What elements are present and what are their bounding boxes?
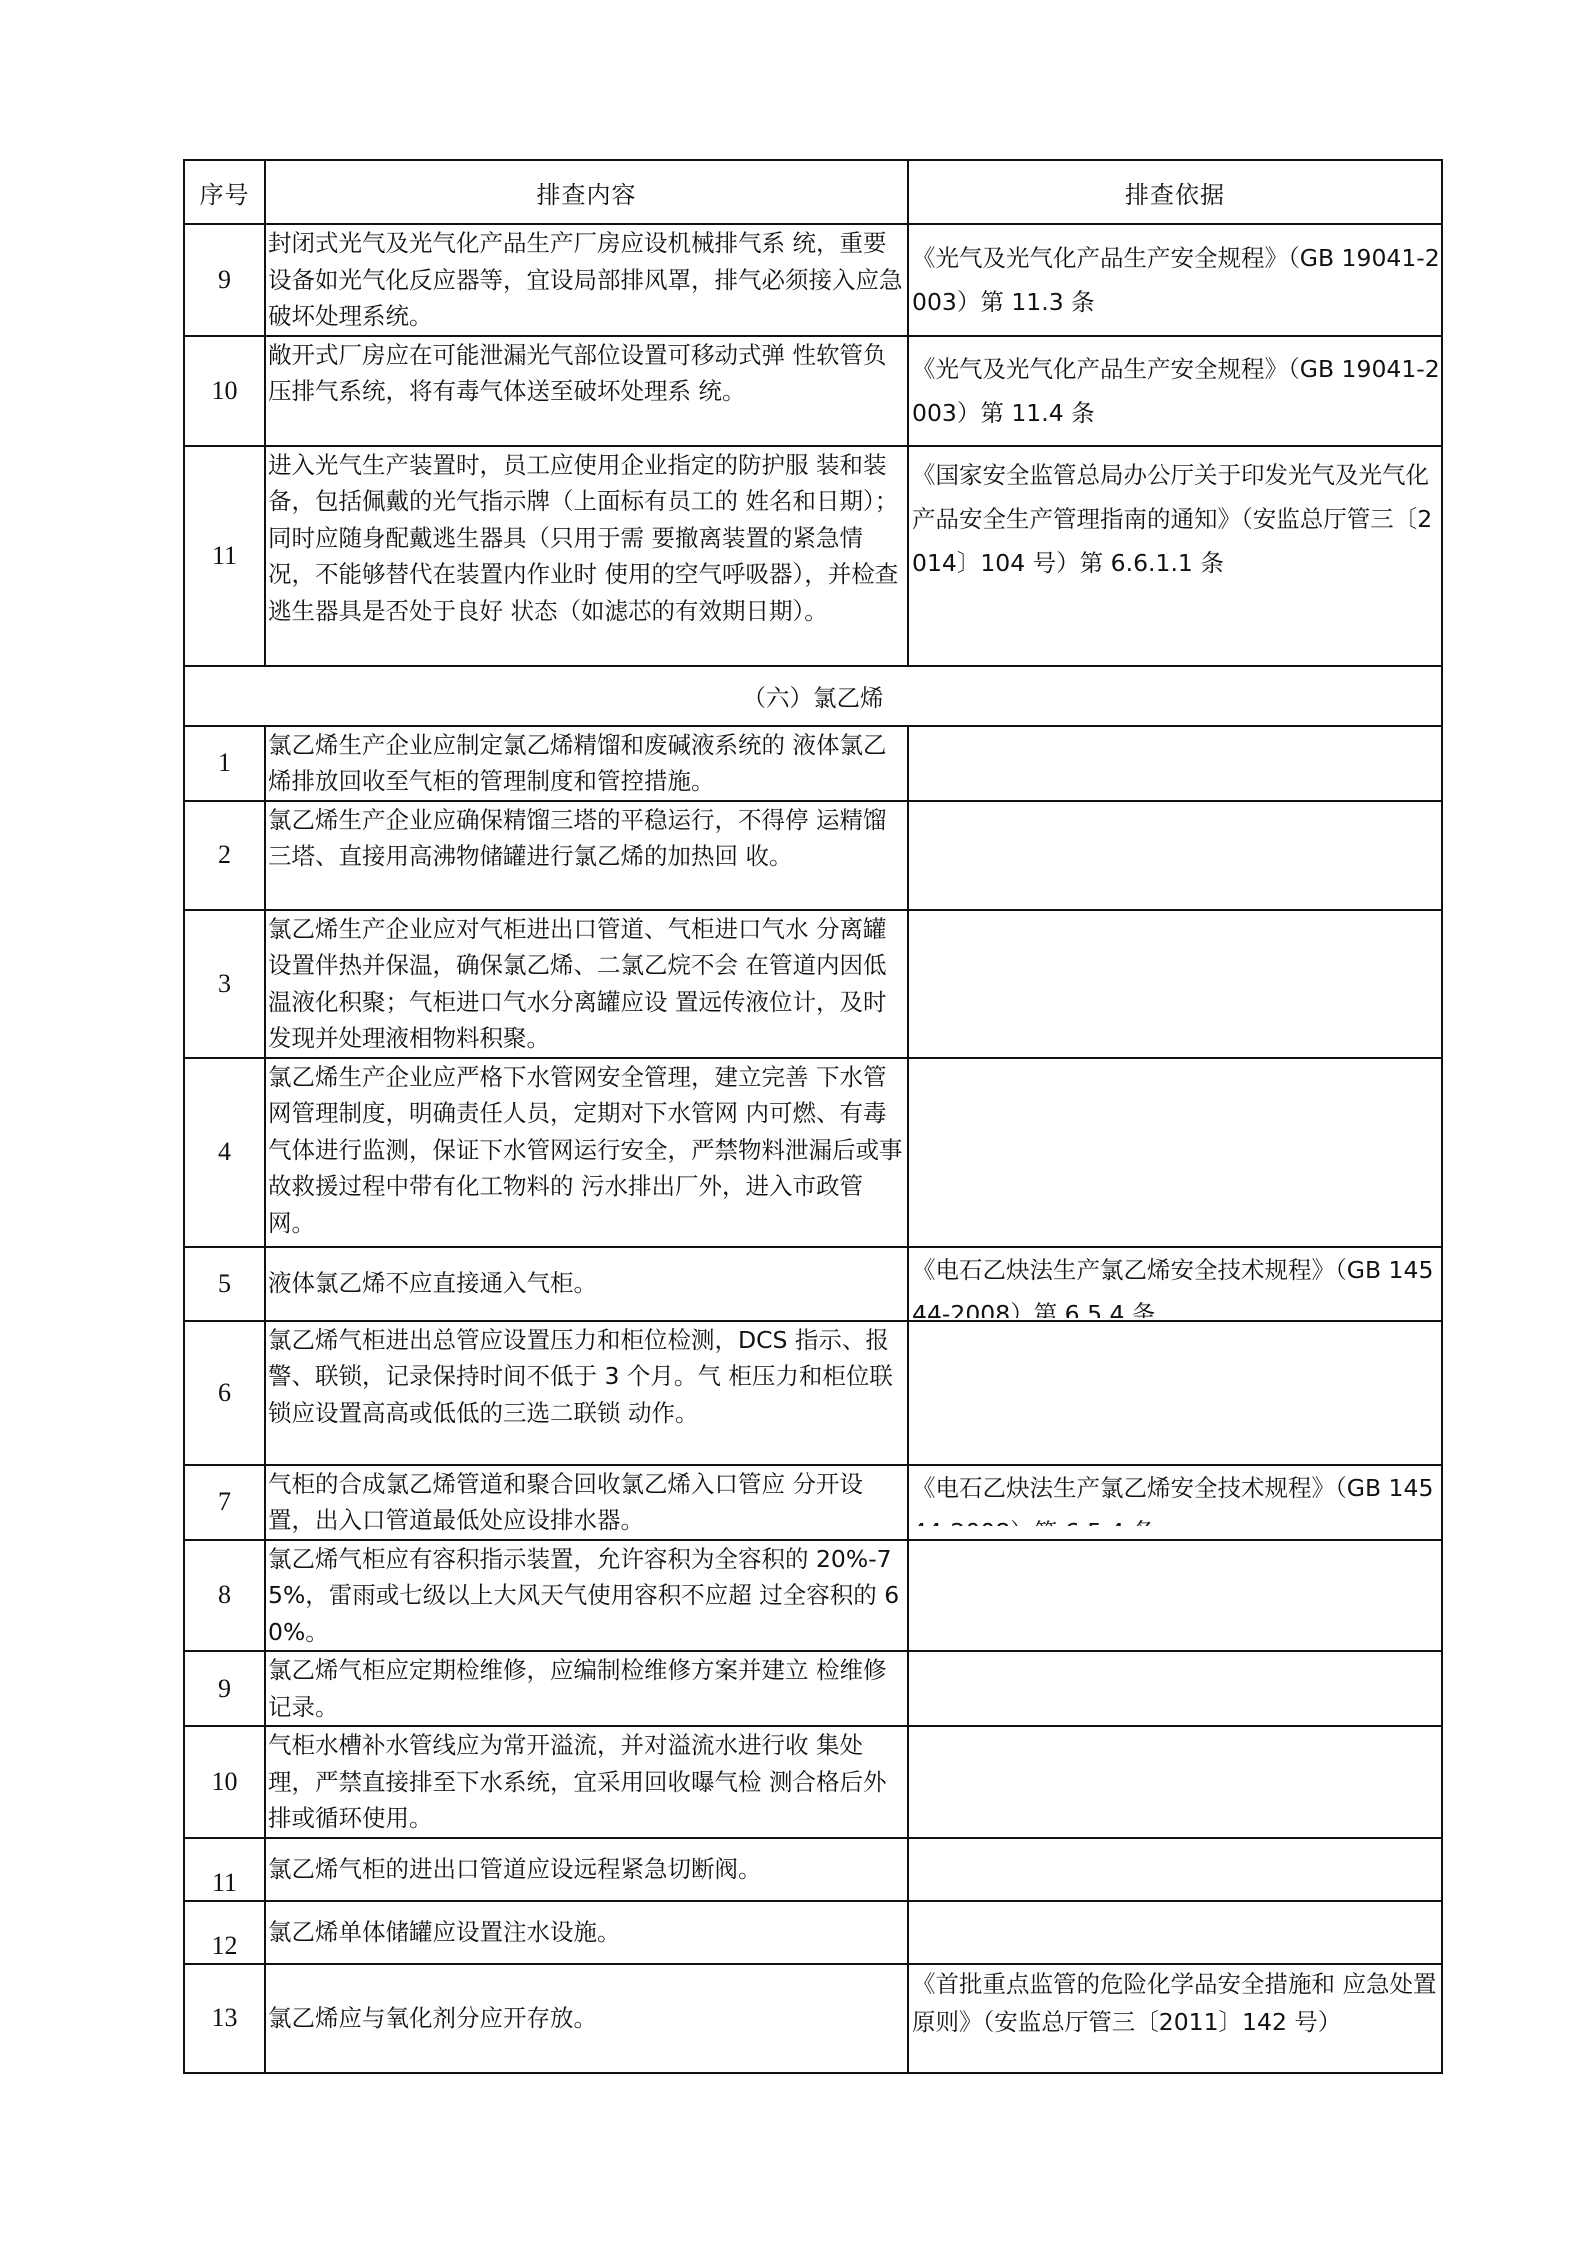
row-basis [908, 1901, 1442, 1964]
row-number: 5 [184, 1247, 265, 1321]
row-basis: 《电石乙炔法生产氯乙烯安全技术规程》（GB 14544-2008）第 6.5.4… [908, 1465, 1442, 1540]
table-row: 9 氯乙烯气柜应定期检维修，应编制检维修方案并建立 检维修记录。 [184, 1651, 1442, 1726]
row-content: 氯乙烯生产企业应制定氯乙烯精馏和废碱液系统的 液体氯乙烯排放回收至气柜的管理制度… [265, 726, 908, 801]
row-content: 液体氯乙烯不应直接通入气柜。 [265, 1247, 908, 1321]
row-content: 封闭式光气及光气化产品生产厂房应设机械排气系 统，重要设备如光气化反应器等，宜设… [265, 224, 908, 336]
header-content: 排查内容 [265, 160, 908, 224]
row-content: 氯乙烯应与氧化剂分应开存放。 [265, 1964, 908, 2073]
header-basis: 排查依据 [908, 160, 1442, 224]
row-content: 气柜水槽补水管线应为常开溢流，并对溢流水进行收 集处理，严禁直接排至下水系统，宜… [265, 1726, 908, 1838]
row-basis [908, 801, 1442, 910]
row-content: 氯乙烯气柜的进出口管道应设远程紧急切断阀。 [265, 1838, 908, 1901]
table-row: 3 氯乙烯生产企业应对气柜进出口管道、气柜进口气水 分离罐设置伴热并保温，确保氯… [184, 910, 1442, 1058]
row-number: 8 [184, 1540, 265, 1652]
table-row: 11 氯乙烯气柜的进出口管道应设远程紧急切断阀。 [184, 1838, 1442, 1901]
table-row: 10 敞开式厂房应在可能泄漏光气部位设置可移动式弹 性软管负压排气系统，将有毒气… [184, 336, 1442, 446]
row-basis: 《国家安全监管总局办公厅关于印发光气及光气化产品安全生产管理指南的通知》（安监总… [908, 446, 1442, 666]
table-row: 11 进入光气生产装置时，员工应使用企业指定的防护服 装和装备，包括佩戴的光气指… [184, 446, 1442, 666]
row-basis [908, 1058, 1442, 1247]
document-page: 序号 排查内容 排查依据 9 封闭式光气及光气化产品生产厂房应设机械排气系 统，… [0, 0, 1586, 2245]
inspection-table: 序号 排查内容 排查依据 9 封闭式光气及光气化产品生产厂房应设机械排气系 统，… [183, 159, 1443, 2074]
table-row: 9 封闭式光气及光气化产品生产厂房应设机械排气系 统，重要设备如光气化反应器等，… [184, 224, 1442, 336]
row-content: 氯乙烯生产企业应对气柜进出口管道、气柜进口气水 分离罐设置伴热并保温，确保氯乙烯… [265, 910, 908, 1058]
row-content: 气柜的合成氯乙烯管道和聚合回收氯乙烯入口管应 分开设置，出入口管道最低处应设排水… [265, 1465, 908, 1540]
row-basis [908, 1651, 1442, 1726]
row-number: 3 [184, 910, 265, 1058]
row-number: 1 [184, 726, 265, 801]
table-row: 5 液体氯乙烯不应直接通入气柜。 《电石乙炔法生产氯乙烯安全技术规程》（GB 1… [184, 1247, 1442, 1321]
table-row: 2 氯乙烯生产企业应确保精馏三塔的平稳运行，不得停 运精馏三塔、直接用高沸物储罐… [184, 801, 1442, 910]
row-number: 13 [184, 1964, 265, 2073]
row-basis: 《电石乙炔法生产氯乙烯安全技术规程》（GB 14544-2008）第 6.5.4… [908, 1247, 1442, 1321]
table-header-row: 序号 排查内容 排查依据 [184, 160, 1442, 224]
row-number: 6 [184, 1321, 265, 1465]
row-content: 氯乙烯生产企业应严格下水管网安全管理，建立完善 下水管网管理制度，明确责任人员，… [265, 1058, 908, 1247]
table-row: 13 氯乙烯应与氧化剂分应开存放。 《首批重点监管的危险化学品安全措施和 应急处… [184, 1964, 1442, 2073]
row-content: 敞开式厂房应在可能泄漏光气部位设置可移动式弹 性软管负压排气系统，将有毒气体送至… [265, 336, 908, 446]
row-basis: 《光气及光气化产品生产安全规程》（GB 19041-2003）第 11.3 条 [908, 224, 1442, 336]
row-number: 10 [184, 1726, 265, 1838]
row-number: 7 [184, 1465, 265, 1540]
table-row: 4 氯乙烯生产企业应严格下水管网安全管理，建立完善 下水管网管理制度，明确责任人… [184, 1058, 1442, 1247]
section-title: （六）氯乙烯 [184, 666, 1442, 726]
row-content: 氯乙烯生产企业应确保精馏三塔的平稳运行，不得停 运精馏三塔、直接用高沸物储罐进行… [265, 801, 908, 910]
table-row: 10 气柜水槽补水管线应为常开溢流，并对溢流水进行收 集处理，严禁直接排至下水系… [184, 1726, 1442, 1838]
row-number: 11 [184, 1838, 265, 1901]
table-row: 6 氯乙烯气柜进出总管应设置压力和柜位检测，DCS 指示、报警、联锁，记录保持时… [184, 1321, 1442, 1465]
row-basis [908, 910, 1442, 1058]
row-content: 进入光气生产装置时，员工应使用企业指定的防护服 装和装备，包括佩戴的光气指示牌（… [265, 446, 908, 666]
row-number: 4 [184, 1058, 265, 1247]
row-number: 9 [184, 224, 265, 336]
row-number: 9 [184, 1651, 265, 1726]
section-row: （六）氯乙烯 [184, 666, 1442, 726]
table-row: 1 氯乙烯生产企业应制定氯乙烯精馏和废碱液系统的 液体氯乙烯排放回收至气柜的管理… [184, 726, 1442, 801]
row-basis [908, 1726, 1442, 1838]
table-row: 8 氯乙烯气柜应有容积指示装置，允许容积为全容积的 20%-75%，雷雨或七级以… [184, 1540, 1442, 1652]
row-basis: 《首批重点监管的危险化学品安全措施和 应急处置原则》（安监总厅管三〔2011〕1… [908, 1964, 1442, 2073]
row-content: 氯乙烯气柜应有容积指示装置，允许容积为全容积的 20%-75%，雷雨或七级以上大… [265, 1540, 908, 1652]
row-content: 氯乙烯单体储罐应设置注水设施。 [265, 1901, 908, 1964]
row-basis [908, 1321, 1442, 1465]
row-content: 氯乙烯气柜进出总管应设置压力和柜位检测，DCS 指示、报警、联锁，记录保持时间不… [265, 1321, 908, 1465]
row-basis: 《光气及光气化产品生产安全规程》（GB 19041-2003）第 11.4 条 [908, 336, 1442, 446]
row-number: 12 [184, 1901, 265, 1964]
row-number: 10 [184, 336, 265, 446]
row-basis [908, 1540, 1442, 1652]
table-row: 7 气柜的合成氯乙烯管道和聚合回收氯乙烯入口管应 分开设置，出入口管道最低处应设… [184, 1465, 1442, 1540]
row-number: 2 [184, 801, 265, 910]
row-basis [908, 1838, 1442, 1901]
row-content: 氯乙烯气柜应定期检维修，应编制检维修方案并建立 检维修记录。 [265, 1651, 908, 1726]
table-row: 12 氯乙烯单体储罐应设置注水设施。 [184, 1901, 1442, 1964]
row-number: 11 [184, 446, 265, 666]
row-basis [908, 726, 1442, 801]
header-no: 序号 [184, 160, 265, 224]
